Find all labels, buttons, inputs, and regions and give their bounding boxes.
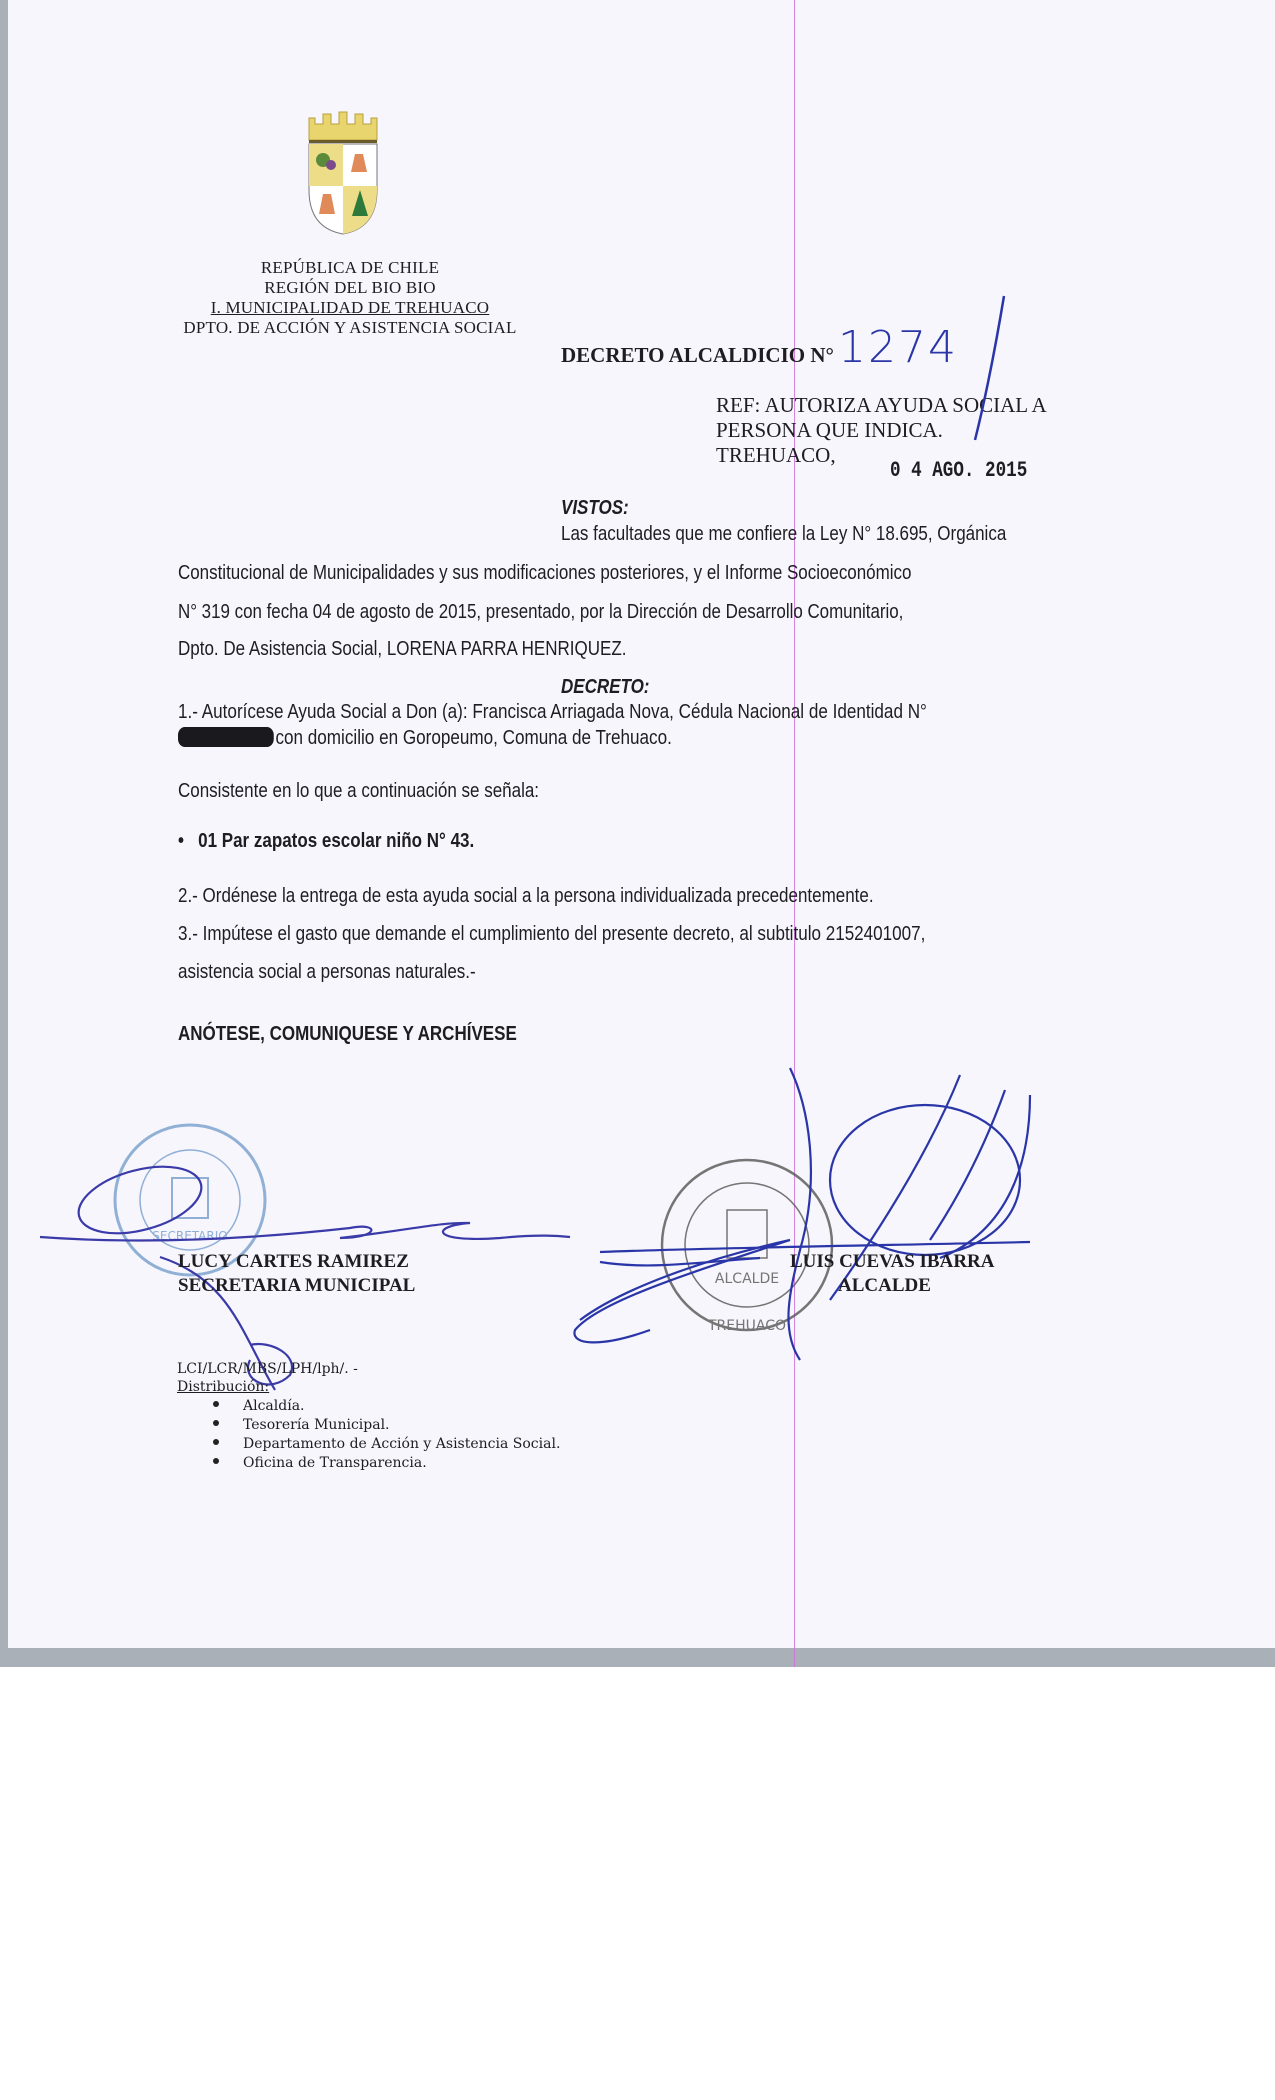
distribution-item-label: Alcaldía. [243,1398,305,1414]
stamps-and-signatures: SECRETARIO ALCALDE TREHUACO [0,0,1275,1667]
mayor-title: ALCALDE [838,1274,931,1298]
mayor-signature [574,1068,1030,1360]
distribution-list: Alcaldía. Tesorería Municipal. Departame… [213,1397,560,1473]
mayor-name: LUIS CUEVAS IBARRA [790,1250,994,1274]
bullet-icon [213,1439,219,1445]
bullet-icon [213,1420,219,1426]
distribution-item: Departamento de Acción y Asistencia Soci… [213,1435,560,1454]
secretary-name: LUCY CARTES RAMIREZ [178,1250,409,1274]
decree-number-slash [975,296,1004,440]
distribution-item: Oficina de Transparencia. [213,1454,560,1473]
svg-text:TREHUACO: TREHUACO [707,1318,786,1334]
svg-text:ALCALDE: ALCALDE [715,1271,779,1287]
distribution-item: Alcaldía. [213,1397,560,1416]
distribution-item-label: Tesorería Municipal. [243,1417,390,1433]
distribution-item: Tesorería Municipal. [213,1416,560,1435]
initials-reference: LCI/LCR/MBS/LPH/lph/. - [177,1361,358,1377]
bullet-icon [213,1401,219,1407]
distribution-item-label: Departamento de Acción y Asistencia Soci… [243,1436,560,1452]
secretary-title: SECRETARIA MUNICIPAL [178,1274,415,1298]
distribution-item-label: Oficina de Transparencia. [243,1455,427,1471]
bullet-icon [213,1458,219,1464]
distribution-label: Distribución: [177,1379,269,1395]
